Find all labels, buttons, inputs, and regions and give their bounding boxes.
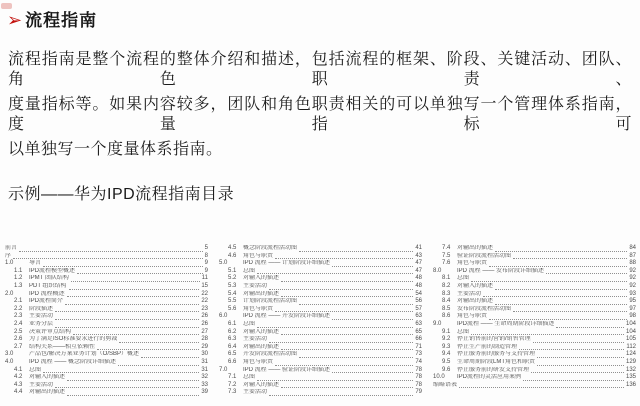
- toc-leader-dots: [556, 327, 624, 328]
- toc-entry-title: 序: [5, 253, 11, 261]
- toc-entry: 7.6 角色与职责 88: [433, 260, 636, 268]
- toc-entry-number: 5.4: [219, 291, 243, 299]
- toc-entry-number: 7.0: [219, 367, 243, 375]
- toc-entry: 7.2 对输入的描述 78: [219, 382, 422, 390]
- toc-leader-dots: [67, 380, 199, 381]
- toc-entry-page: 39: [201, 389, 208, 397]
- toc-entry-number: 2.7: [5, 344, 29, 352]
- toc-entry-number: 7.4: [433, 245, 457, 253]
- toc-entry-number: 8.4: [433, 298, 457, 306]
- toc-entry-number: 5.0: [219, 260, 243, 268]
- toc-entry-number: 9.2: [433, 336, 457, 344]
- toc-leader-dots: [546, 273, 627, 274]
- toc-entry-page: 97: [629, 306, 636, 314]
- toc-entry: 2.1 IPD流程简介 22: [5, 298, 208, 306]
- toc-entry-number: 2.5: [5, 329, 29, 337]
- toc-entry-title: 总图: [29, 367, 41, 375]
- toc-entry: 7.5 验证阶段流程活动图 87: [433, 253, 636, 261]
- toc-entry: 8.2 对输入的描述 92: [433, 283, 636, 291]
- toc-leader-dots: [269, 395, 413, 396]
- toc-leader-dots: [97, 349, 199, 350]
- body-line: 以单独写一个度量体系指南。: [8, 140, 632, 185]
- arrow-bullet-icon: ➢: [7, 10, 23, 30]
- toc-entry-number: 9.0: [433, 321, 457, 329]
- toc-entry: 9.6 停止服务前的研发支持管理 132: [433, 367, 636, 375]
- toc-entry: 8.5 发布阶段流程活动图 97: [433, 306, 636, 314]
- toc-entry: 1.1 IPD流程模型概述 9: [5, 268, 208, 276]
- toc-entry-title: IPD 流程 —— 验证阶段详细描述: [243, 367, 330, 375]
- toc-entry-page: 95: [629, 298, 636, 306]
- toc-entry-title: 角色与职责: [457, 260, 487, 268]
- toc-entry-number: 4.1: [5, 367, 29, 375]
- toc-entry-page: 65: [415, 329, 422, 337]
- toc-leader-dots: [281, 334, 413, 335]
- toc-entry-number: 8.1: [433, 275, 457, 283]
- toc-entry-title: 角色与职责: [243, 359, 273, 367]
- toc-entry-page: 93: [629, 291, 636, 299]
- toc-leader-dots: [281, 296, 413, 297]
- toc-entry-title: 阶段描述: [29, 306, 53, 314]
- section-heading: ➢流程指南: [7, 6, 97, 31]
- toc-entry-page: 54: [415, 291, 422, 299]
- toc-leader-dots: [299, 304, 413, 305]
- toc-entry-title: 主要活动: [29, 382, 53, 390]
- toc-entry-number: 4.0: [5, 359, 29, 367]
- toc-entry-title: IPD 流程 —— 计划阶段详细描述: [243, 260, 330, 268]
- toc-entry-number: 2.0: [5, 291, 29, 299]
- toc-leader-dots: [495, 289, 627, 290]
- toc-entry-number: 8.2: [433, 283, 457, 291]
- toc-leader-dots: [19, 251, 203, 252]
- toc-entry-number: 7.6: [433, 260, 457, 268]
- toc-leader-dots: [118, 365, 199, 366]
- toc-entry-title: IPD 流程 —— 开发阶段详细描述: [243, 313, 330, 321]
- toc-entry: 2.2 阶段描述 23: [5, 306, 208, 314]
- toc-entry-number: 7.2: [219, 382, 243, 390]
- toc-entry-page: 9: [205, 268, 208, 276]
- toc-entry-number: 1.3: [5, 283, 29, 291]
- toc-entry-page: 28: [201, 336, 208, 344]
- toc-entry: 2.6 为了满足ISO标准要求进行的剪裁 28: [5, 336, 208, 344]
- toc-entry: 4.3 主要活动 33: [5, 382, 208, 390]
- toc-entry-title: 对输出的描述: [457, 298, 493, 306]
- toc-entry-title: 缩略语表: [433, 382, 457, 390]
- toc-entry-page: 9: [205, 260, 208, 268]
- toc-entry: 1.2 IPMT 团队结构 11: [5, 275, 208, 283]
- toc-leader-dots: [332, 319, 413, 320]
- toc-entry-title: IPMT 团队结构: [29, 275, 69, 283]
- toc-entry-title: IPD 流程 —— 概念阶段详细描述: [29, 359, 116, 367]
- toc-entry-title: 决策评审点结构: [29, 329, 71, 337]
- toc-entry-page: 74: [415, 359, 422, 367]
- toc-entry-title: 停止销售前的营销/销售管理: [457, 336, 531, 344]
- toc-leader-dots: [513, 311, 627, 312]
- toc-entry-number: 4.4: [5, 389, 29, 397]
- toc-entry-page: 66: [415, 336, 422, 344]
- toc-entry-number: 2.3: [5, 313, 29, 321]
- toc-leader-dots: [257, 327, 413, 328]
- toc-entry-page: 48: [415, 275, 422, 283]
- toc-entry: 前言 5: [5, 245, 208, 253]
- toc-entry-page: 48: [415, 283, 422, 291]
- toc-entry: 7.4 对输出的描述 84: [433, 245, 636, 253]
- toc-entry: 4.5 概念阶段流程活动图 41: [219, 245, 422, 253]
- toc-leader-dots: [69, 289, 200, 290]
- toc-leader-dots: [43, 372, 199, 373]
- toc-entry: 5.3 主要活动 48: [219, 283, 422, 291]
- toc-entry-page: 5: [205, 245, 208, 253]
- toc-entry: 10.0 IPD流程的灵活应用案例 135: [433, 374, 636, 382]
- toc-entry: 3.0 产品包/解决方案业务计划（O/SBP）概述 30: [5, 351, 208, 359]
- toc-entry-number: 9.3: [433, 344, 457, 352]
- toc-leader-dots: [332, 372, 413, 373]
- toc-entry-title: IPD流程 —— 生命周期阶段详细描述: [457, 321, 554, 329]
- toc-column-right: 7.4 对输出的描述 84 7.5 验证阶段流程活动图 87 7.6 角色与职责: [433, 245, 636, 397]
- toc-entry-page: 31: [201, 367, 208, 375]
- toc-entry-title: 总图: [243, 268, 255, 276]
- toc-entry-number: 4.5: [219, 245, 243, 253]
- toc-entry: 6.6 角色与职责 74: [219, 359, 422, 367]
- toc-entry: 5.5 计划阶段流程活动图 56: [219, 298, 422, 306]
- toc-entry: 缩略语表 136: [433, 382, 636, 390]
- toc-entry-number: 5.2: [219, 275, 243, 283]
- toc-entry-number: 2.1: [5, 298, 29, 306]
- toc-entry: 4.0 IPD 流程 —— 概念阶段详细描述 31: [5, 359, 208, 367]
- toc-entry-page: 8: [205, 253, 208, 261]
- toc-entry-page: 56: [415, 298, 422, 306]
- toc-entry-title: 总图: [243, 374, 255, 382]
- toc-entry-page: 88: [629, 260, 636, 268]
- toc-entry-number: 6.5: [219, 351, 243, 359]
- toc-entry-page: 27: [201, 329, 208, 337]
- toc-entry-title: 主要活动: [243, 389, 267, 397]
- toc-entry-number: 6.6: [219, 359, 243, 367]
- toc-leader-dots: [55, 387, 199, 388]
- toc-entry-page: 63: [415, 321, 422, 329]
- toc-entry: 2.7 结构关系——相互依赖性 29: [5, 344, 208, 352]
- toc-entry-page: 78: [415, 367, 422, 375]
- toc-entry-title: 概念阶段流程活动图: [243, 245, 297, 253]
- toc-entry-page: 105: [626, 336, 636, 344]
- toc-entry-page: 47: [415, 260, 422, 268]
- toc-entry-number: 8.5: [433, 306, 457, 314]
- toc-leader-dots: [483, 296, 627, 297]
- toc-leader-dots: [55, 311, 199, 312]
- toc-entry-number: 5.5: [219, 298, 243, 306]
- toc-leader-dots: [519, 349, 624, 350]
- toc-entry: 4.6 角色与职责 43: [219, 253, 422, 261]
- toc-entry-title: 主要活动: [457, 291, 481, 299]
- toc-entry-title: IPD流程简介: [29, 298, 63, 306]
- toc-entry: 6.4 对输出的描述 71: [219, 344, 422, 352]
- toc-entry-title: 对输入的描述: [457, 283, 493, 291]
- body-line: 流程指南是整个流程的整体介绍和描述，包括流程的框架、阶段、关键活动、团队、角色职…: [8, 50, 632, 95]
- toc-entry: 6.3 主要活动 66: [219, 336, 422, 344]
- toc-leader-dots: [281, 349, 413, 350]
- toc-entry-page: 15: [201, 283, 208, 291]
- toc-entry-number: 4.3: [5, 382, 29, 390]
- toc-entry: 9.3 停止生产前的制造管理 112: [433, 344, 636, 352]
- toc-entry-title: 总图: [243, 321, 255, 329]
- toc-entry-number: 3.0: [5, 351, 29, 359]
- toc-leader-dots: [77, 273, 203, 274]
- toc-entry: 5.1 总图 47: [219, 268, 422, 276]
- toc-entry-number: 4.6: [219, 253, 243, 261]
- toc-entry-title: 停止生产前的制造管理: [457, 344, 517, 352]
- toc-entry-title: 业务分层: [29, 321, 53, 329]
- toc-entry-title: 发布阶段流程活动图: [457, 306, 511, 314]
- toc-entry-number: 1.1: [5, 268, 29, 276]
- toc-entry-page: 33: [201, 382, 208, 390]
- toc-entry-number: 6.0: [219, 313, 243, 321]
- toc-entry-title: 主要活动: [243, 336, 267, 344]
- toc-entry-title: IPD流程模型概述: [29, 268, 75, 276]
- toc-entry-number: 6.3: [219, 336, 243, 344]
- toc-entry: 9.1 总图 104: [433, 329, 636, 337]
- toc-entry-number: 5.3: [219, 283, 243, 291]
- toc-entry-title: 对输入的描述: [29, 374, 65, 382]
- toc-entry-number: 6.4: [219, 344, 243, 352]
- toc-entry-title: 导言: [29, 260, 41, 268]
- toc-entry: 6.2 对输入的描述 65: [219, 329, 422, 337]
- toc-entry-number: 7.3: [219, 389, 243, 397]
- toc-entry-title: IPD 流程 —— 发布阶段详细描述: [457, 268, 544, 276]
- toc-entry-number: 8.6: [433, 313, 457, 321]
- toc-entry-title: 计划阶段流程活动图: [243, 298, 297, 306]
- toc-entry-page: 22: [201, 298, 208, 306]
- toc-entry: 7.1 总图 78: [219, 374, 422, 382]
- toc-leader-dots: [471, 281, 627, 282]
- toc-entry-title: 对输入的描述: [243, 329, 279, 337]
- body-line: 度量指标等。如果内容较多，团队和角色职责相关的可以单独写一个管理体系指南，度量指…: [8, 95, 632, 140]
- toc-leader-dots: [489, 319, 627, 320]
- toc-entry: 6.1 总图 63: [219, 321, 422, 329]
- toc-leader-dots: [269, 342, 413, 343]
- toc-entry: 6.5 开发阶段流程活动图 73: [219, 351, 422, 359]
- toc-entry-title: 主要活动: [29, 313, 53, 321]
- toc-entry-title: 对输出的描述: [457, 245, 493, 253]
- toc-entry-title: 停止服务前的服务与支持管理: [457, 351, 535, 359]
- toc-entry-page: 78: [415, 382, 422, 390]
- toc-entry: 1.0 导言 9: [5, 260, 208, 268]
- toc-entry: 9.4 停止服务前的服务与支持管理 124: [433, 351, 636, 359]
- toc-entry-title: 对输入的描述: [243, 382, 279, 390]
- toc-entry: 7.3 主要活动 79: [219, 389, 422, 397]
- toc-entry-number: 8.3: [433, 291, 457, 299]
- toc-entry-title: 角色与职责: [243, 306, 273, 314]
- toc-entry-page: 92: [629, 268, 636, 276]
- toc-entry-title: PDT 组织结构: [29, 283, 67, 291]
- toc-entry-page: 112: [626, 344, 636, 352]
- toc-entry-page: 26: [201, 321, 208, 329]
- toc-entry-number: 10.0: [433, 374, 457, 382]
- toc-entry-title: 对输出的描述: [29, 389, 65, 397]
- toc-entry-number: 4.2: [5, 374, 29, 382]
- toc-entry-page: 11: [202, 275, 208, 283]
- toc-entry-page: 23: [201, 306, 208, 314]
- toc-entry: 8.0 IPD 流程 —— 发布阶段详细描述 92: [433, 268, 636, 276]
- toc-leader-dots: [281, 281, 413, 282]
- toc-entry-title: 开发阶段流程活动图: [243, 351, 297, 359]
- toc-entry-number: 1.2: [5, 275, 29, 283]
- toc-entry-title: 角色与职责: [457, 313, 487, 321]
- toc-entry-page: 31: [201, 359, 208, 367]
- toc-entry-number: 5.6: [219, 306, 243, 314]
- toc-entry-page: 29: [201, 344, 208, 352]
- toc-leader-dots: [281, 387, 413, 388]
- toc-entry-title: 生命周期阶段LMT角色和职责: [457, 359, 535, 367]
- toc-entry: 9.2 停止销售前的营销/销售管理 105: [433, 336, 636, 344]
- toc-entry: 9.5 生命周期阶段LMT角色和职责 129: [433, 359, 636, 367]
- toc-entry-page: 124: [626, 351, 636, 359]
- toc-entry-number: 1.0: [5, 260, 29, 268]
- toc-entry-number: 7.5: [433, 253, 457, 261]
- toc-entry-number: 5.1: [219, 268, 243, 276]
- toc-entry-page: 22: [201, 291, 208, 299]
- toc-entry-title: 对输入的描述: [243, 275, 279, 283]
- toc-entry-title: 为了满足ISO标准要求进行的剪裁: [29, 336, 117, 344]
- toc-entry: 2.0 IPD 流程概述 22: [5, 291, 208, 299]
- toc-entry-page: 47: [415, 268, 422, 276]
- toc-entry-number: 9.1: [433, 329, 457, 337]
- document-page: ➢流程指南 流程指南是整个流程的整体介绍和描述，包括流程的框架、阶段、关键活动、…: [0, 0, 640, 406]
- toc-leader-dots: [531, 372, 624, 373]
- section-heading-text: 流程指南: [25, 11, 97, 30]
- toc-entry-title: IPD流程的灵活应用案例: [457, 374, 521, 382]
- toc-entry: 8.3 主要活动 93: [433, 291, 636, 299]
- toc-leader-dots: [332, 266, 413, 267]
- toc-entry-page: 79: [415, 389, 422, 397]
- toc-entry: 8.6 角色与职责 98: [433, 313, 636, 321]
- toc-entry-number: 2.6: [5, 336, 29, 344]
- toc-entry-number: 7.1: [219, 374, 243, 382]
- toc-entry-title: 角色与职责: [243, 253, 273, 261]
- toc-entry: 9.0 IPD流程 —— 生命周期阶段详细描述 104: [433, 321, 636, 329]
- toc-entry-title: 总图: [457, 275, 469, 283]
- toc-entry-page: 41: [415, 245, 422, 253]
- toc-leader-dots: [13, 258, 203, 259]
- toc-leader-dots: [495, 304, 627, 305]
- toc-entry-page: 87: [629, 253, 636, 261]
- toc-leader-dots: [489, 266, 627, 267]
- toc-entry: 序 8: [5, 253, 208, 261]
- toc-leader-dots: [67, 395, 199, 396]
- toc-leader-dots: [459, 387, 624, 388]
- toc-leader-dots: [471, 334, 624, 335]
- toc-entry: 5.2 对输入的描述 48: [219, 275, 422, 283]
- toc-entry-title: 结构关系——相互依赖性: [29, 344, 95, 352]
- toc-entry-title: 对输出的描述: [243, 291, 279, 299]
- toc: 前言 5 序 8 1.0 导言 9: [5, 245, 636, 397]
- toc-entry-page: 98: [629, 313, 636, 321]
- toc-entry: 7.0 IPD 流程 —— 验证阶段详细描述 78: [219, 367, 422, 375]
- toc-entry: 8.4 对输出的描述 95: [433, 298, 636, 306]
- toc-column-middle: 4.5 概念阶段流程活动图 41 4.6 角色与职责 43 5.0 IPD 流程…: [219, 245, 422, 397]
- toc-entry: 2.5 决策评审点结构 27: [5, 329, 208, 337]
- toc-leader-dots: [537, 357, 624, 358]
- toc-entry-number: 9.4: [433, 351, 457, 359]
- toc-entry-number: 6.1: [219, 321, 243, 329]
- toc-entry: 4.2 对输入的描述 32: [5, 374, 208, 382]
- toc-entry-page: 104: [626, 321, 636, 329]
- toc-entry: 5.0 IPD 流程 —— 计划阶段详细描述 47: [219, 260, 422, 268]
- toc-entry-title: IPD 流程概述: [29, 291, 65, 299]
- toc-entry-page: 26: [201, 313, 208, 321]
- toc-entry-number: 9.6: [433, 367, 457, 375]
- toc-leader-dots: [55, 327, 199, 328]
- toc-leader-dots: [275, 311, 413, 312]
- toc-entry: 4.1 总图 31: [5, 367, 208, 375]
- toc-entry-page: 132: [626, 367, 636, 375]
- toc-leader-dots: [257, 380, 413, 381]
- toc-leader-dots: [119, 342, 199, 343]
- toc-entry-page: 92: [629, 283, 636, 291]
- toc-leader-dots: [65, 304, 199, 305]
- toc-leader-dots: [67, 296, 200, 297]
- toc-leader-dots: [513, 258, 627, 259]
- toc-entry-page: 32: [201, 374, 208, 382]
- toc-entry-page: 104: [626, 329, 636, 337]
- toc-entry: 1.3 PDT 组织结构 15: [5, 283, 208, 291]
- toc-leader-dots: [533, 342, 624, 343]
- toc-leader-dots: [537, 365, 624, 366]
- toc-leader-dots: [257, 273, 413, 274]
- toc-entry-number: 9.5: [433, 359, 457, 367]
- toc-entry-title: 停止服务前的研发支持管理: [457, 367, 529, 375]
- toc-entry-number: 8.0: [433, 268, 457, 276]
- toc-leader-dots: [523, 380, 624, 381]
- body-text: 流程指南是整个流程的整体介绍和描述，包括流程的框架、阶段、关键活动、团队、角色职…: [8, 50, 632, 230]
- toc-entry-number: 2.4: [5, 321, 29, 329]
- toc-leader-dots: [73, 334, 199, 335]
- body-line: 示例——华为IPD流程指南目录: [8, 185, 632, 230]
- toc-leader-dots: [55, 319, 199, 320]
- toc-leader-dots: [299, 251, 413, 252]
- toc-entry-title: 验证阶段流程活动图: [457, 253, 511, 261]
- toc-entry-page: 84: [629, 245, 636, 253]
- toc-entry-title: 对输出的描述: [243, 344, 279, 352]
- toc-entry-page: 43: [415, 253, 422, 261]
- toc-entry: 4.4 对输出的描述 39: [5, 389, 208, 397]
- toc-entry-title: 主要活动: [243, 283, 267, 291]
- toc-entry: 6.0 IPD 流程 —— 开发阶段详细描述 63: [219, 313, 422, 321]
- toc-leader-dots: [495, 251, 627, 252]
- toc-leader-dots: [71, 281, 200, 282]
- toc-entry-page: 73: [415, 351, 422, 359]
- toc-entry-number: 6.2: [219, 329, 243, 337]
- toc-entry-page: 71: [415, 344, 422, 352]
- toc-leader-dots: [269, 289, 413, 290]
- toc-entry-page: 92: [629, 275, 636, 283]
- toc-entry-title: 前言: [5, 245, 17, 253]
- toc-entry: 2.4 业务分层 26: [5, 321, 208, 329]
- toc-entry-page: 135: [626, 374, 636, 382]
- toc-leader-dots: [299, 357, 413, 358]
- toc-entry-title: 总图: [457, 329, 469, 337]
- toc-entry-number: 2.2: [5, 306, 29, 314]
- toc-column-left: 前言 5 序 8 1.0 导言 9: [5, 245, 208, 397]
- toc-leader-dots: [43, 266, 203, 267]
- toc-entry-page: 129: [626, 359, 636, 367]
- toc-entry: 8.1 总图 92: [433, 275, 636, 283]
- toc-entry-page: 78: [415, 374, 422, 382]
- toc-leader-dots: [275, 365, 413, 366]
- toc-leader-dots: [275, 258, 413, 259]
- toc-entry-page: 63: [415, 313, 422, 321]
- toc-entry-page: 136: [626, 382, 636, 390]
- toc-entry: 2.3 主要活动 26: [5, 313, 208, 321]
- toc-leader-dots: [141, 357, 199, 358]
